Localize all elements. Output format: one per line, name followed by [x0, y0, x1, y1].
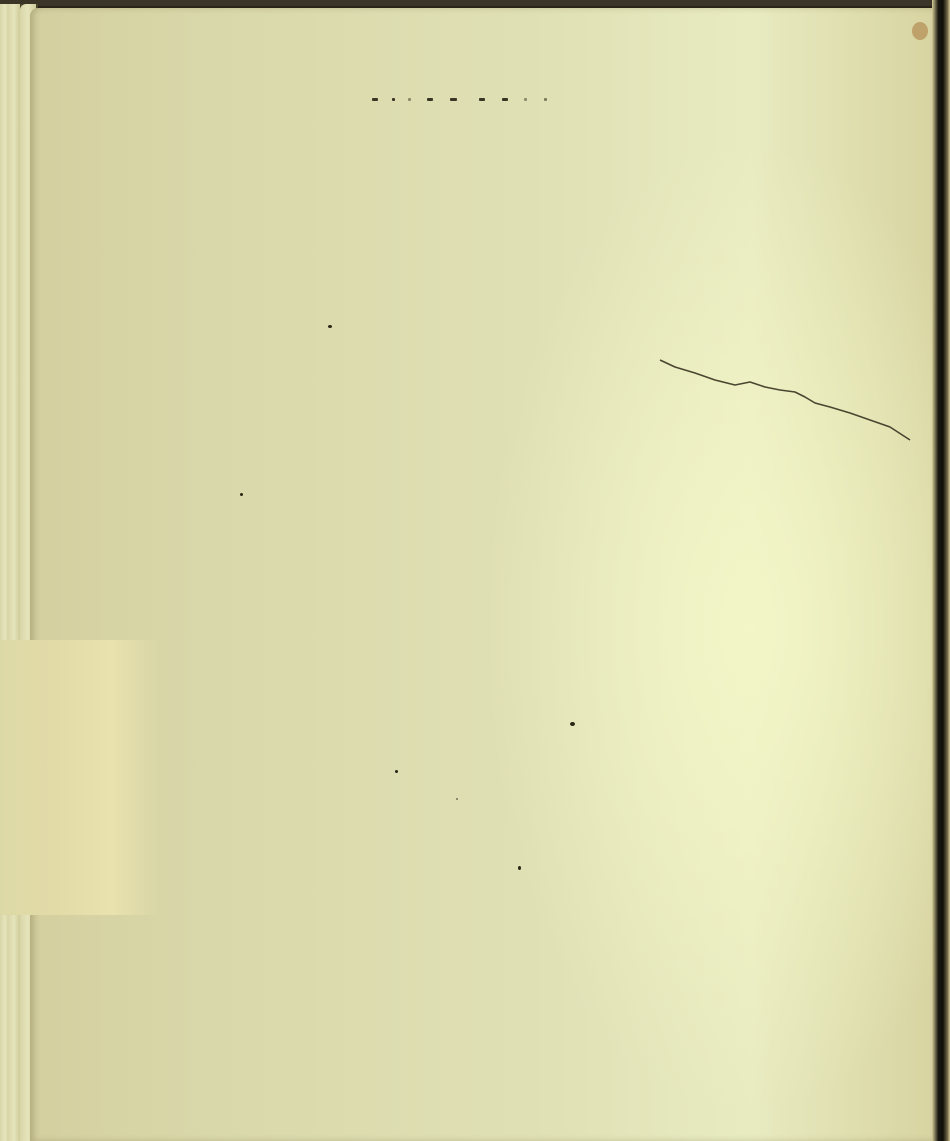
dotted-specks: [372, 98, 547, 103]
scanned-page: [0, 0, 950, 1141]
scan-top-border: [0, 0, 950, 6]
speck: [570, 722, 575, 726]
blank-page: [30, 8, 932, 1141]
scan-blur-artifact: [0, 640, 160, 915]
speck: [395, 770, 398, 773]
speck: [240, 493, 243, 496]
page-tear: [655, 355, 915, 445]
speck: [328, 325, 332, 328]
book-binding-edge: [932, 0, 950, 1141]
stain: [912, 22, 928, 40]
speck: [518, 866, 521, 870]
speck: [456, 798, 458, 800]
